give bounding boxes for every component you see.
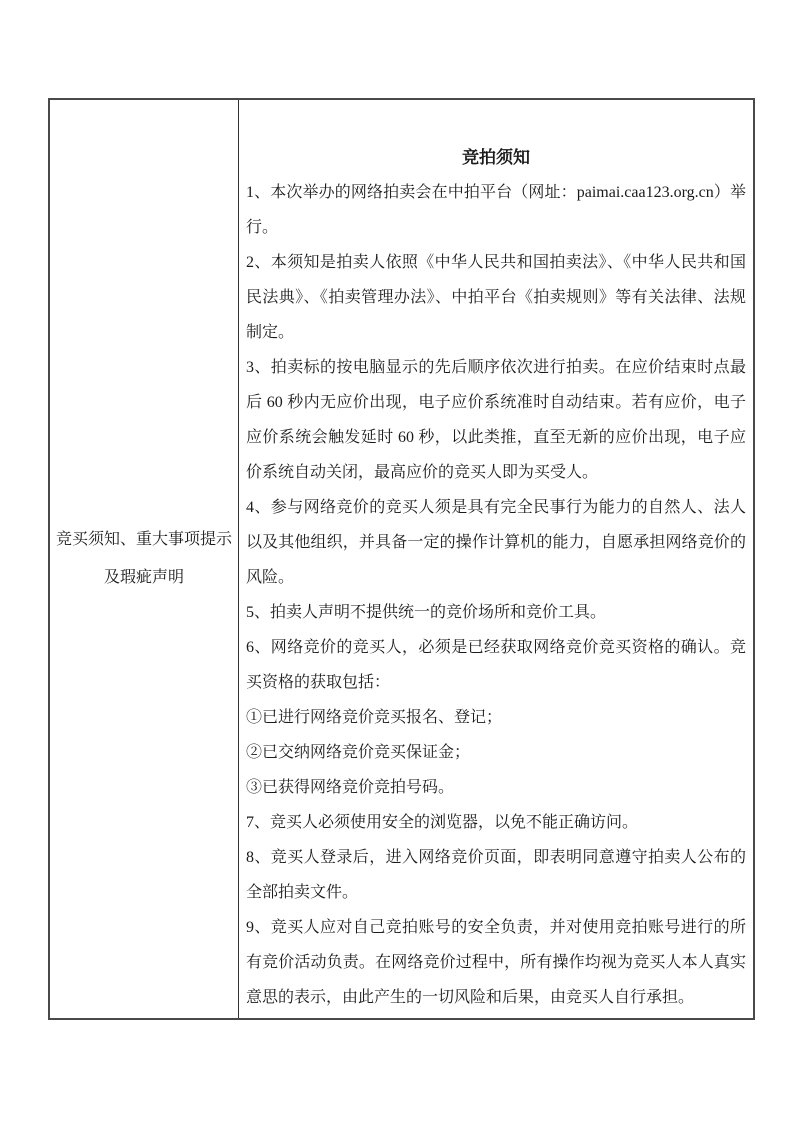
notice-paragraph-8: 8、竞买人登录后，进入网络竞价页面，即表明同意遵守拍卖人公布的全部拍卖文件。 (246, 840, 746, 910)
notice-sub-item-2: ②已交纳网络竞价竞买保证金； (246, 735, 746, 770)
notice-paragraph-4: 4、参与网络竞价的竞买人须是具有完全民事行为能力的自然人、法人以及其他组织，并具… (246, 490, 746, 595)
notice-sub-item-3: ③已获得网络竞价竞拍号码。 (246, 770, 746, 805)
notice-paragraph-2: 2、本须知是拍卖人依照《中华人民共和国拍卖法》、《中华人民共和国民法典》、《拍卖… (246, 245, 746, 350)
notice-paragraph-6: 6、网络竞价的竞买人，必须是已经获取网络竞价竞买资格的确认。竞买资格的获取包括： (246, 630, 746, 700)
row-label-cell: 竞买须知、重大事项提示及瑕疵声明 (50, 100, 239, 1018)
notice-title: 竞拍须知 (246, 140, 746, 175)
notice-sub-item-1: ①已进行网络竞价竞买报名、登记； (246, 700, 746, 735)
notice-paragraph-5: 5、拍卖人声明不提供统一的竞价场所和竞价工具。 (246, 595, 746, 630)
document-page: 竞买须知、重大事项提示及瑕疵声明 竞拍须知 1、本次举办的网络拍卖会在中拍平台（… (0, 0, 793, 1122)
notice-paragraph-1: 1、本次举办的网络拍卖会在中拍平台（网址：paimai.caa123.org.c… (246, 175, 746, 245)
notice-cell: 竞拍须知 1、本次举办的网络拍卖会在中拍平台（网址：paimai.caa123.… (239, 100, 753, 1018)
notice-paragraph-7: 7、竞买人必须使用安全的浏览器，以免不能正确访问。 (246, 805, 746, 840)
auction-notice-table: 竞买须知、重大事项提示及瑕疵声明 竞拍须知 1、本次举办的网络拍卖会在中拍平台（… (48, 98, 755, 1020)
notice-paragraph-3: 3、拍卖标的按电脑显示的先后顺序依次进行拍卖。在应价结束时点最后 60 秒内无应… (246, 350, 746, 490)
row-label: 竞买须知、重大事项提示及瑕疵声明 (52, 521, 236, 597)
notice-paragraph-9: 9、竞买人应对自己竞拍账号的安全负责，并对使用竞拍账号进行的所有竞价活动负责。在… (246, 910, 746, 1015)
